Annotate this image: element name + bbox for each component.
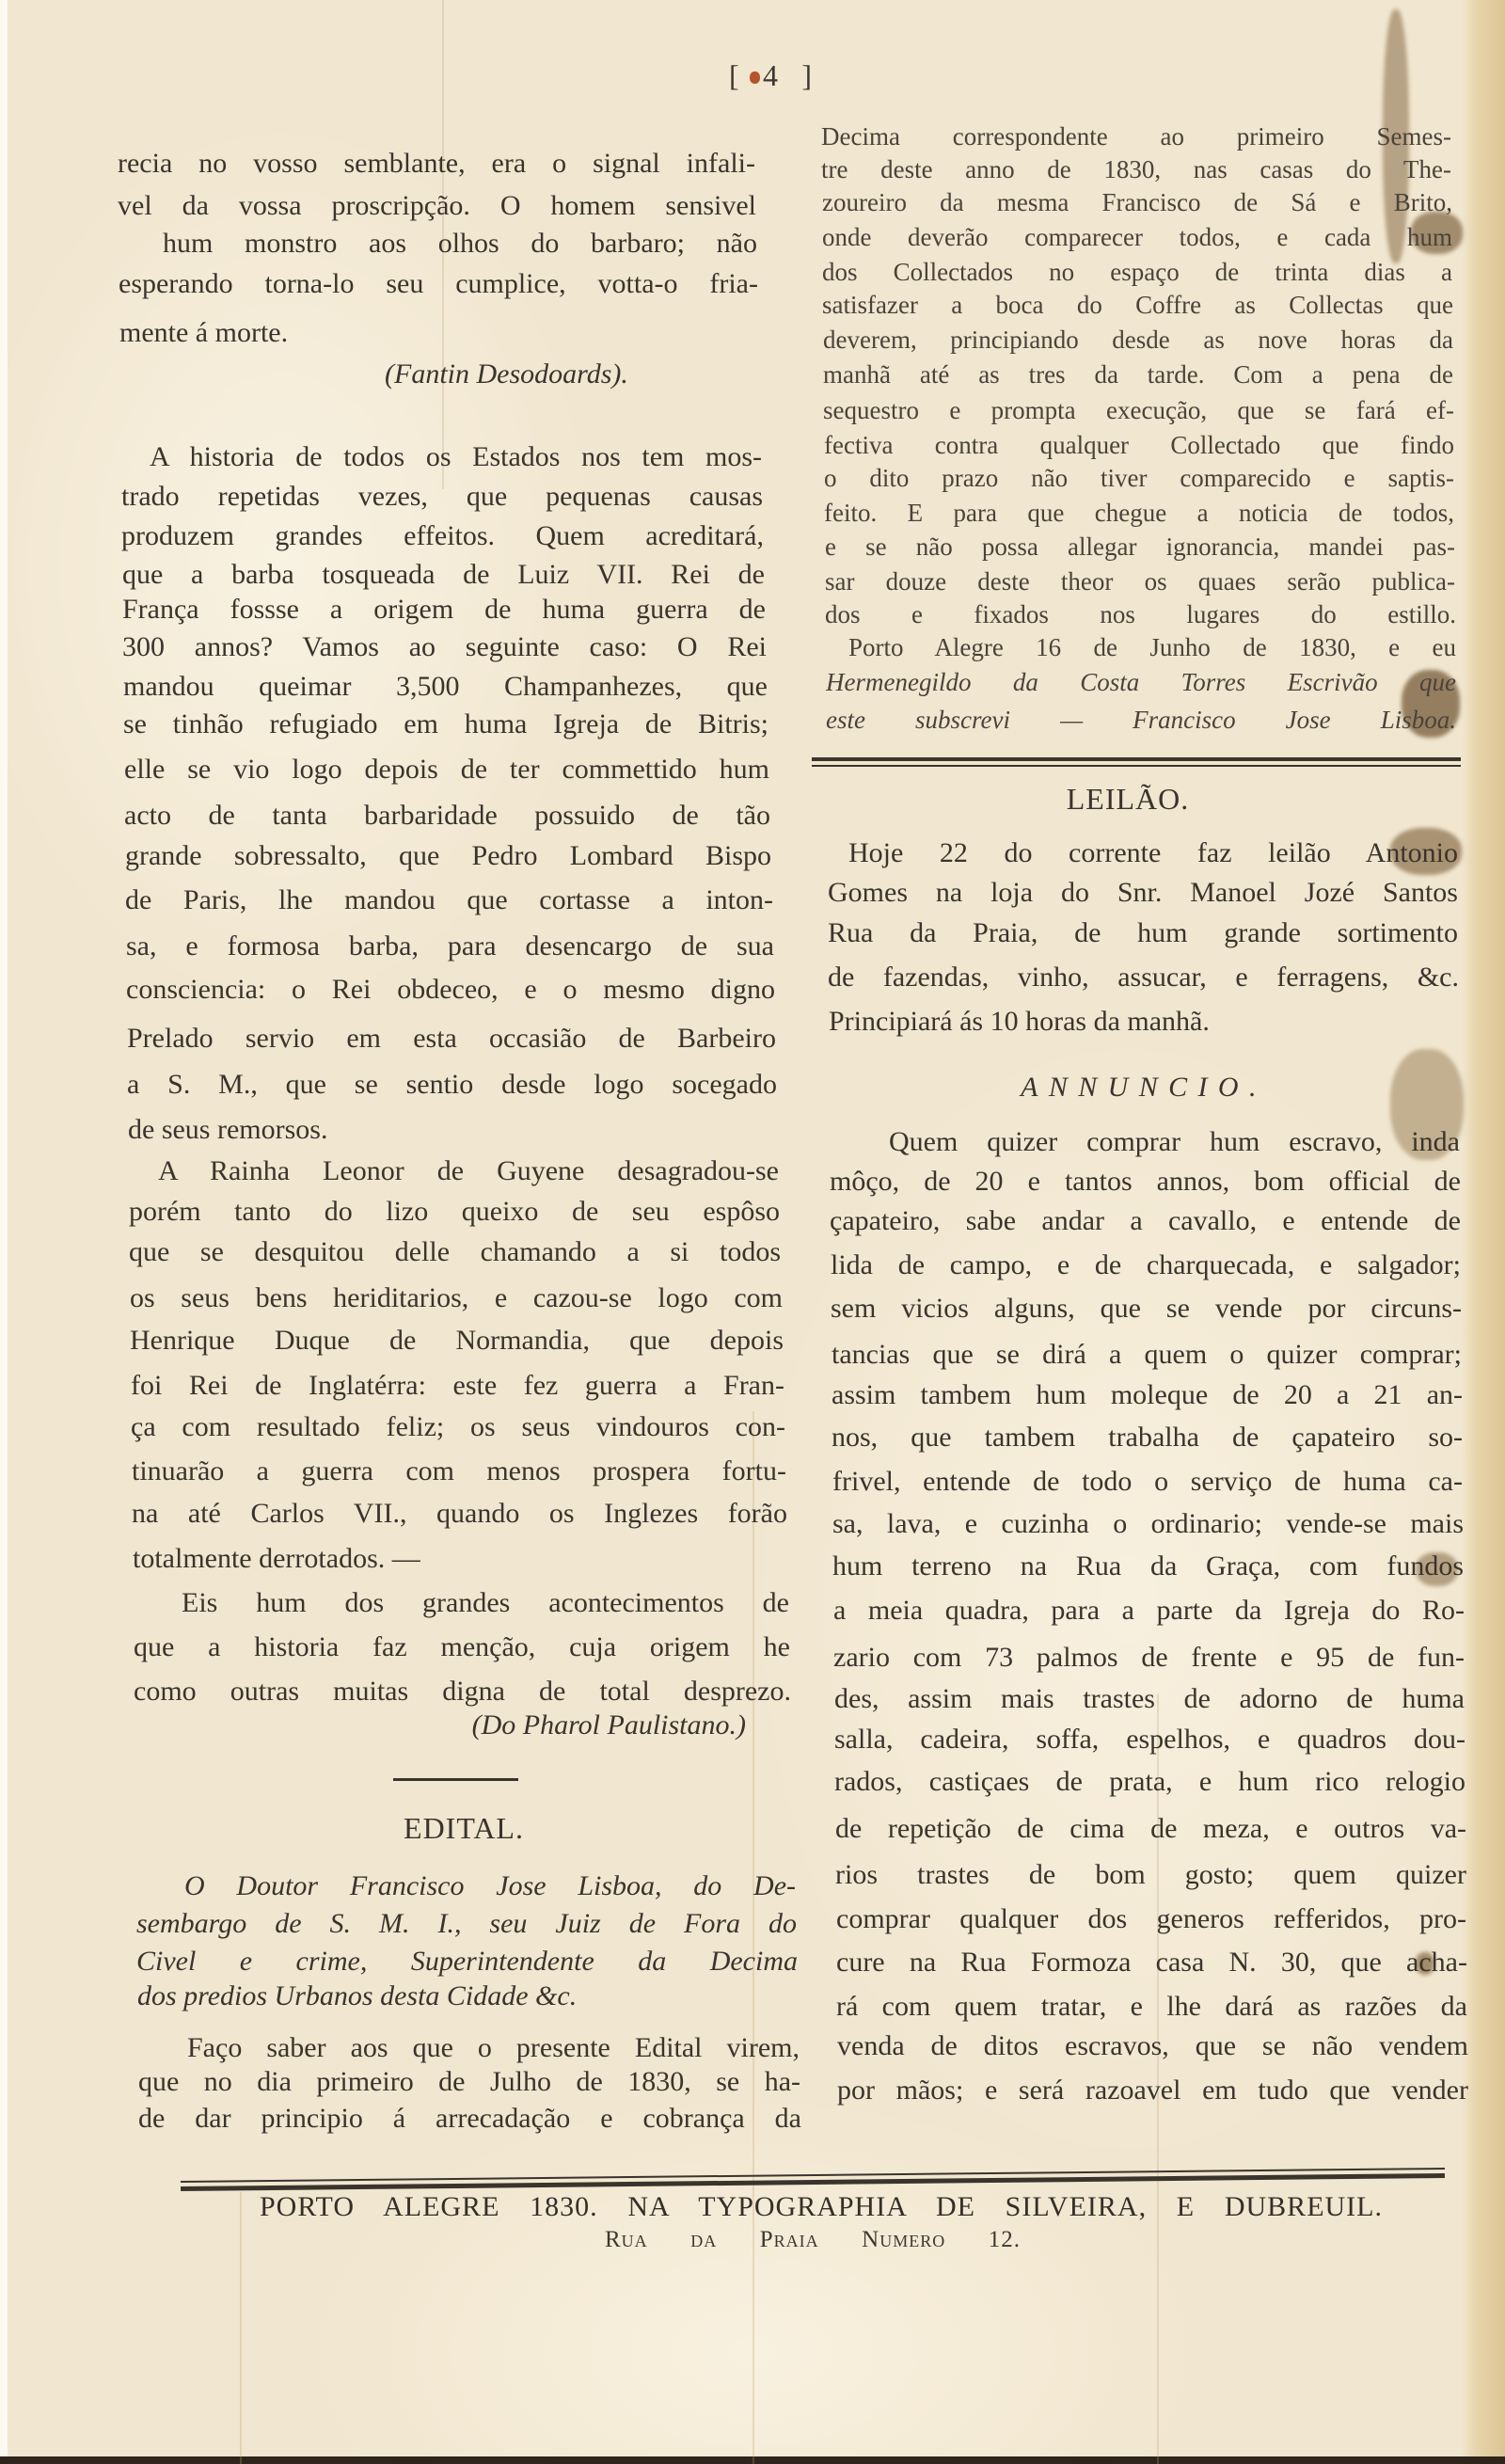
text-line: vel da vossa proscripção. O homem sensiv… <box>118 187 756 225</box>
imprint-address: Rua da Praia Numero 12. <box>605 2224 1021 2256</box>
text-line: dos Collectados no espaço de trinta dias… <box>822 256 1452 288</box>
text-line: de Paris, lhe mandou que cortasse a into… <box>125 882 773 919</box>
text-line: Prelado servio em esta occasião de Barbe… <box>127 1020 776 1057</box>
text-line: nos, que tambem trabalha de çapateiro so… <box>832 1419 1463 1456</box>
text-line: dos predios Urbanos desta Cidade &c. <box>137 1978 577 2015</box>
text-line: hum monstro aos olhos do barbaro; não <box>163 225 757 262</box>
text-line: des, assim mais trastes de adorno de hum… <box>834 1680 1465 1718</box>
text-line: O Doutor Francisco Jose Lisboa, do De- <box>184 1868 796 1905</box>
text-line: assim tambem hum moleque de 20 a 21 an- <box>832 1376 1463 1414</box>
text-line: Gomes na loja do Snr. Manoel Jozé Santos <box>828 874 1458 912</box>
text-line: Civel e crime, Superintendente da Decima <box>136 1943 798 1980</box>
text-line: sem vicios alguns, que se vende por circ… <box>831 1290 1462 1327</box>
text-line: grande sobressalto, que Pedro Lombard Bi… <box>125 837 771 875</box>
text-line: tancias que se dirá a quem o quizer comp… <box>832 1336 1462 1374</box>
section-divider-thick <box>812 757 1461 761</box>
text-line: zoureiro da mesma Francisco de Sá e Brit… <box>822 186 1452 218</box>
article-attribution: (Do Pharol Paulistano.) <box>369 1707 746 1744</box>
text-line: e se não possa allegar ignorancia, mande… <box>825 531 1455 563</box>
edital-heading: EDITAL. <box>323 1807 605 1849</box>
text-line: Hoje 22 do corrente faz leilão Antonio <box>848 835 1458 872</box>
text-line: deverem, principiando desde as nove hora… <box>823 324 1453 356</box>
text-line: mente á morte. <box>119 314 288 352</box>
text-line: venda de ditos escravos, que se não vend… <box>837 2027 1468 2065</box>
edital-signature: Hermenegildo da Costa Torres Escrivão qu… <box>826 666 1456 698</box>
edital-signature: este subscrevi — Francisco Jose Lisboa. <box>826 704 1456 736</box>
text-line: sequestro e prompta execução, que se far… <box>823 394 1454 426</box>
text-line: de fazendas, vinho, assucar, e ferragens… <box>828 959 1459 996</box>
text-line: dos e fixados nos lugares do estillo. <box>825 598 1456 630</box>
text-line: fectiva contra qualquer Collectado que f… <box>824 429 1454 461</box>
text-line: sa, e formosa barba, para desencargo de … <box>126 928 774 965</box>
text-line: que no dia primeiro de Julho de 1830, se… <box>138 2063 800 2101</box>
text-line: tinuarão a guerra com menos prospera for… <box>132 1453 786 1490</box>
text-line: Henrique Duque de Normandia, que depois <box>130 1322 784 1359</box>
text-line: os seus bens heriditarios, e cazou-se lo… <box>130 1280 783 1317</box>
edital-date-line: Porto Alegre 16 de Junho de 1830, e eu <box>848 631 1456 663</box>
text-line: elle se vio logo depois de ter commettid… <box>124 751 769 788</box>
imprint-publisher: PORTO ALEGRE 1830. NA TYPOGRAPHIA DE SIL… <box>260 2188 1383 2226</box>
text-line: manhã até as tres da tarde. Com a pena d… <box>823 358 1453 390</box>
text-line: çapateiro, sabe andar a cavallo, e enten… <box>830 1202 1461 1240</box>
text-line: produzem grandes effeitos. Quem acredita… <box>121 517 764 555</box>
text-line: tre deste anno de 1830, nas casas do The… <box>821 153 1451 185</box>
text-line: mandou queimar 3,500 Champanhezes, que <box>123 668 768 706</box>
text-line: zario com 73 palmos de frente e 95 de fu… <box>833 1639 1465 1677</box>
text-line: Quem quizer comprar hum escravo, inda <box>889 1123 1460 1161</box>
text-line: totalmente derrotados. — <box>133 1540 420 1578</box>
text-line: Decima correspondente ao primeiro Semes- <box>821 120 1451 152</box>
text-line: lida de campo, e de charquecada, e salga… <box>831 1247 1461 1284</box>
text-line: recia no vosso semblante, era o signal i… <box>118 145 755 183</box>
text-line: rados, castiçaes de prata, e hum rico re… <box>834 1763 1465 1801</box>
text-line: a meia quadra, para a parte da Igreja do… <box>833 1592 1465 1629</box>
text-line: Rua da Praia, de hum grande sortimento <box>828 914 1458 952</box>
text-line: cure na Rua Formoza casa N. 30, que acha… <box>836 1944 1467 1981</box>
text-line: feito. E para que chegue a noticia de to… <box>824 497 1454 529</box>
text-line: esperando torna-lo seu cumplice, votta-o… <box>119 265 758 303</box>
text-line: Eis hum dos grandes acontecimentos de <box>182 1584 789 1622</box>
text-line: môço, de 20 e tantos annos, bom official… <box>830 1163 1461 1200</box>
text-line: que a barba tosqueada de Luiz VII. Rei d… <box>122 556 765 594</box>
text-line: A historia de todos os Estados nos tem m… <box>150 438 762 476</box>
page-number: [ 4 ] <box>729 56 812 94</box>
text-line: A Rainha Leonor de Guyene desagradou-se <box>158 1153 779 1190</box>
paper-crease <box>240 2192 242 2464</box>
text-line: de repetição de cima de meza, e outros v… <box>835 1810 1466 1848</box>
text-line: rá com quem tratar, e lhe dará as razões… <box>836 1988 1467 2026</box>
text-line: trado repetidas vezes, que pequenas caus… <box>121 478 763 516</box>
text-line: frivel, entende de todo o serviço de hum… <box>832 1463 1463 1501</box>
text-line: sa, lava, e cuzinha o ordinario; vende-s… <box>832 1505 1464 1543</box>
text-line: que a historia faz menção, cuja origem h… <box>134 1629 790 1666</box>
text-line: de seus remorsos. <box>128 1111 327 1149</box>
text-line: onde deverão comparecer todos, e cada hu… <box>822 221 1452 253</box>
text-line: França fossse a origem de huma guerra de <box>122 591 766 628</box>
leilao-heading: LEILÃO. <box>987 778 1269 819</box>
newspaper-page: [ 4 ] recia no vosso semblante, era o si… <box>0 0 1505 2464</box>
text-line: hum terreno na Rua da Graça, com fundos <box>832 1548 1464 1585</box>
text-line: comprar qualquer dos generos refferidos,… <box>836 1900 1466 1938</box>
text-line: acto de tanta barbaridade possuido de tã… <box>124 797 770 835</box>
text-line: a S. M., que se sentio desde logo socega… <box>127 1066 777 1104</box>
text-line: na até Carlos VII., quando os Inglezes f… <box>132 1495 787 1533</box>
scan-left-edge <box>0 0 8 2464</box>
text-line: sembargo de S. M. I., seu Juiz de Fora d… <box>136 1905 797 1943</box>
text-line: sar douze deste theor os quaes serão pub… <box>825 565 1455 597</box>
text-line: Faço saber aos que o presente Edital vir… <box>187 2029 800 2067</box>
text-line: como outras muitas digna de total despre… <box>134 1673 791 1710</box>
text-line: de dar principio á arrecadação e cobranç… <box>138 2100 801 2138</box>
annuncio-heading: ANNUNCIO. <box>993 1067 1294 1108</box>
text-line: por mãos; e será razoavel em tudo que ve… <box>837 2072 1468 2109</box>
text-line: salla, cadeira, soffa, espelhos, e quadr… <box>834 1721 1465 1758</box>
text-line: que se desquitou delle chamando a si tod… <box>129 1233 781 1271</box>
section-divider <box>393 1778 518 1781</box>
text-line: porém tanto do lizo queixo de seu espôso <box>129 1193 780 1231</box>
text-line: rios trastes de bom gosto; quem quizer <box>835 1856 1466 1894</box>
text-line: foi Rei de Inglatérra: este fez guerra a… <box>131 1367 784 1405</box>
article-attribution: (Fantin Desodoards). <box>385 356 628 393</box>
text-line: o dito prazo não tiver comparecido e sap… <box>824 462 1454 494</box>
text-line: se tinhão refugiado em huma Igreja de Bi… <box>123 706 768 743</box>
text-line: consciencia: o Rei obdeceo, e o mesmo di… <box>126 971 775 1009</box>
text-line: ça com resultado feliz; os seus vindouro… <box>131 1408 785 1446</box>
section-divider-thin <box>812 765 1461 767</box>
text-line: satisfazer a boca do Coffre as Collectas… <box>822 289 1453 321</box>
text-line: Principiará ás 10 horas da manhã. <box>829 1003 1210 1041</box>
text-line: 300 annos? Vamos ao seguinte caso: O Rei <box>122 628 767 666</box>
